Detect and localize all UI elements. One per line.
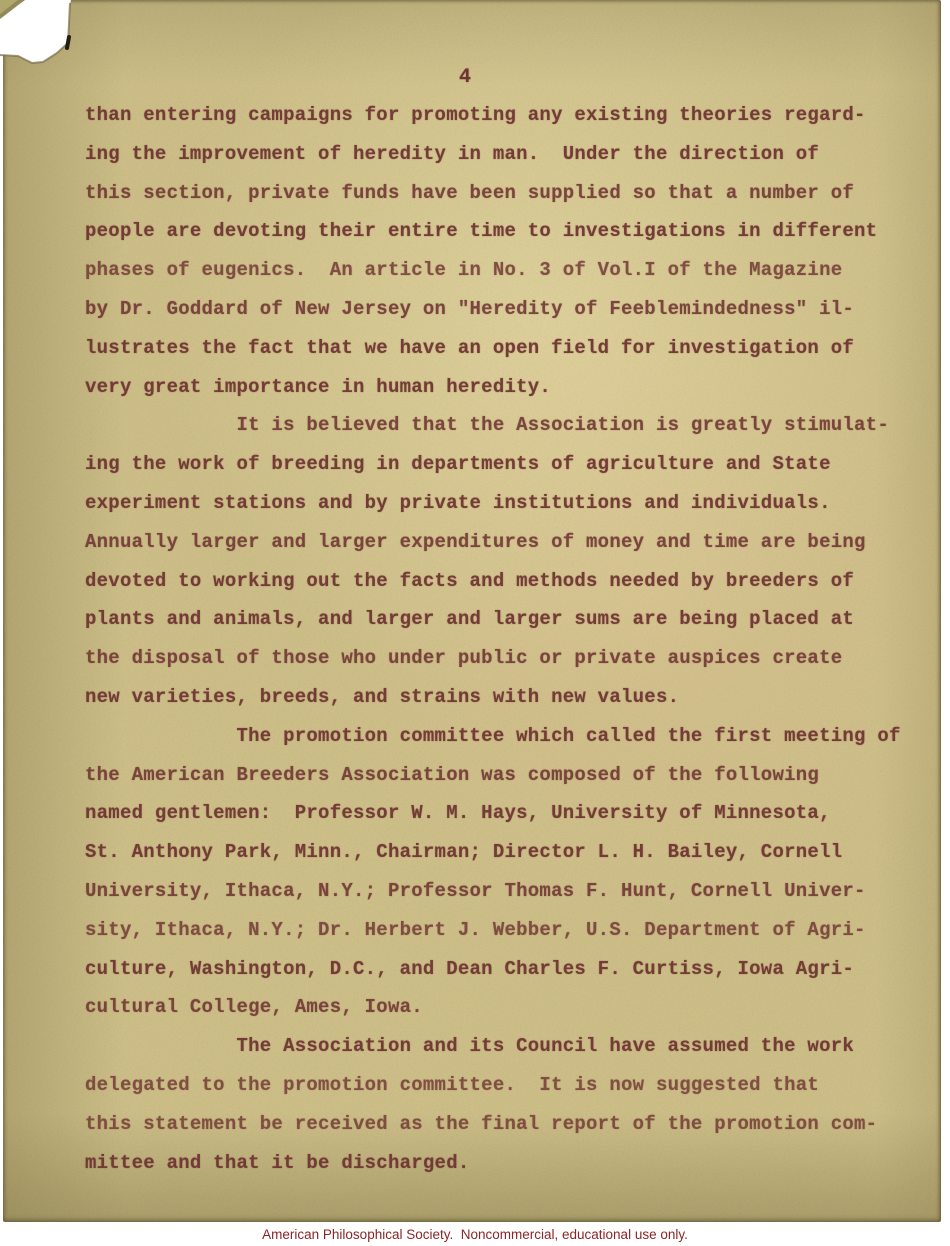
- scanned-document: 4 than entering campaigns for promoting …: [0, 0, 950, 1246]
- text-line: sity, Ithaca, N.Y.; Dr. Herbert J. Webbe…: [85, 911, 905, 950]
- text-line: the American Breeders Association was co…: [85, 756, 905, 795]
- text-line: University, Ithaca, N.Y.; Professor Thom…: [85, 872, 905, 911]
- text-line: than entering campaigns for promoting an…: [85, 96, 905, 135]
- text-line: named gentlemen: Professor W. M. Hays, U…: [85, 794, 905, 833]
- text-line: ing the work of breeding in departments …: [85, 445, 905, 484]
- text-line: delegated to the promotion committee. It…: [85, 1066, 905, 1105]
- page-number: 4: [430, 66, 500, 89]
- text-line: ing the improvement of heredity in man. …: [85, 135, 905, 174]
- text-line: Annually larger and larger expenditures …: [85, 523, 905, 562]
- text-line: plants and animals, and larger and large…: [85, 600, 905, 639]
- text-line: The Association and its Council have ass…: [85, 1027, 905, 1066]
- text-line: cultural College, Ames, Iowa.: [85, 988, 905, 1027]
- typewritten-text: than entering campaigns for promoting an…: [85, 96, 905, 1182]
- text-line: this section, private funds have been su…: [85, 174, 905, 213]
- text-line: experiment stations and by private insti…: [85, 484, 905, 523]
- text-line: culture, Washington, D.C., and Dean Char…: [85, 950, 905, 989]
- text-line: devoted to working out the facts and met…: [85, 562, 905, 601]
- text-line: phases of eugenics. An article in No. 3 …: [85, 251, 905, 290]
- text-line: It is believed that the Association is g…: [85, 406, 905, 445]
- text-line: this statement be received as the final …: [85, 1105, 905, 1144]
- text-line: new varieties, breeds, and strains with …: [85, 678, 905, 717]
- text-line: by Dr. Goddard of New Jersey on "Heredit…: [85, 290, 905, 329]
- text-line: lustrates the fact that we have an open …: [85, 329, 905, 368]
- footer-band: American Philosophical Society. Noncomme…: [0, 1222, 950, 1246]
- text-line: people are devoting their entire time to…: [85, 212, 905, 251]
- text-line: very great importance in human heredity.: [85, 368, 905, 407]
- text-line: St. Anthony Park, Minn., Chairman; Direc…: [85, 833, 905, 872]
- archive-caption: American Philosophical Society. Noncomme…: [262, 1227, 688, 1242]
- text-line: the disposal of those who under public o…: [85, 639, 905, 678]
- text-line: The promotion committee which called the…: [85, 717, 905, 756]
- text-line: mittee and that it be discharged.: [85, 1144, 905, 1183]
